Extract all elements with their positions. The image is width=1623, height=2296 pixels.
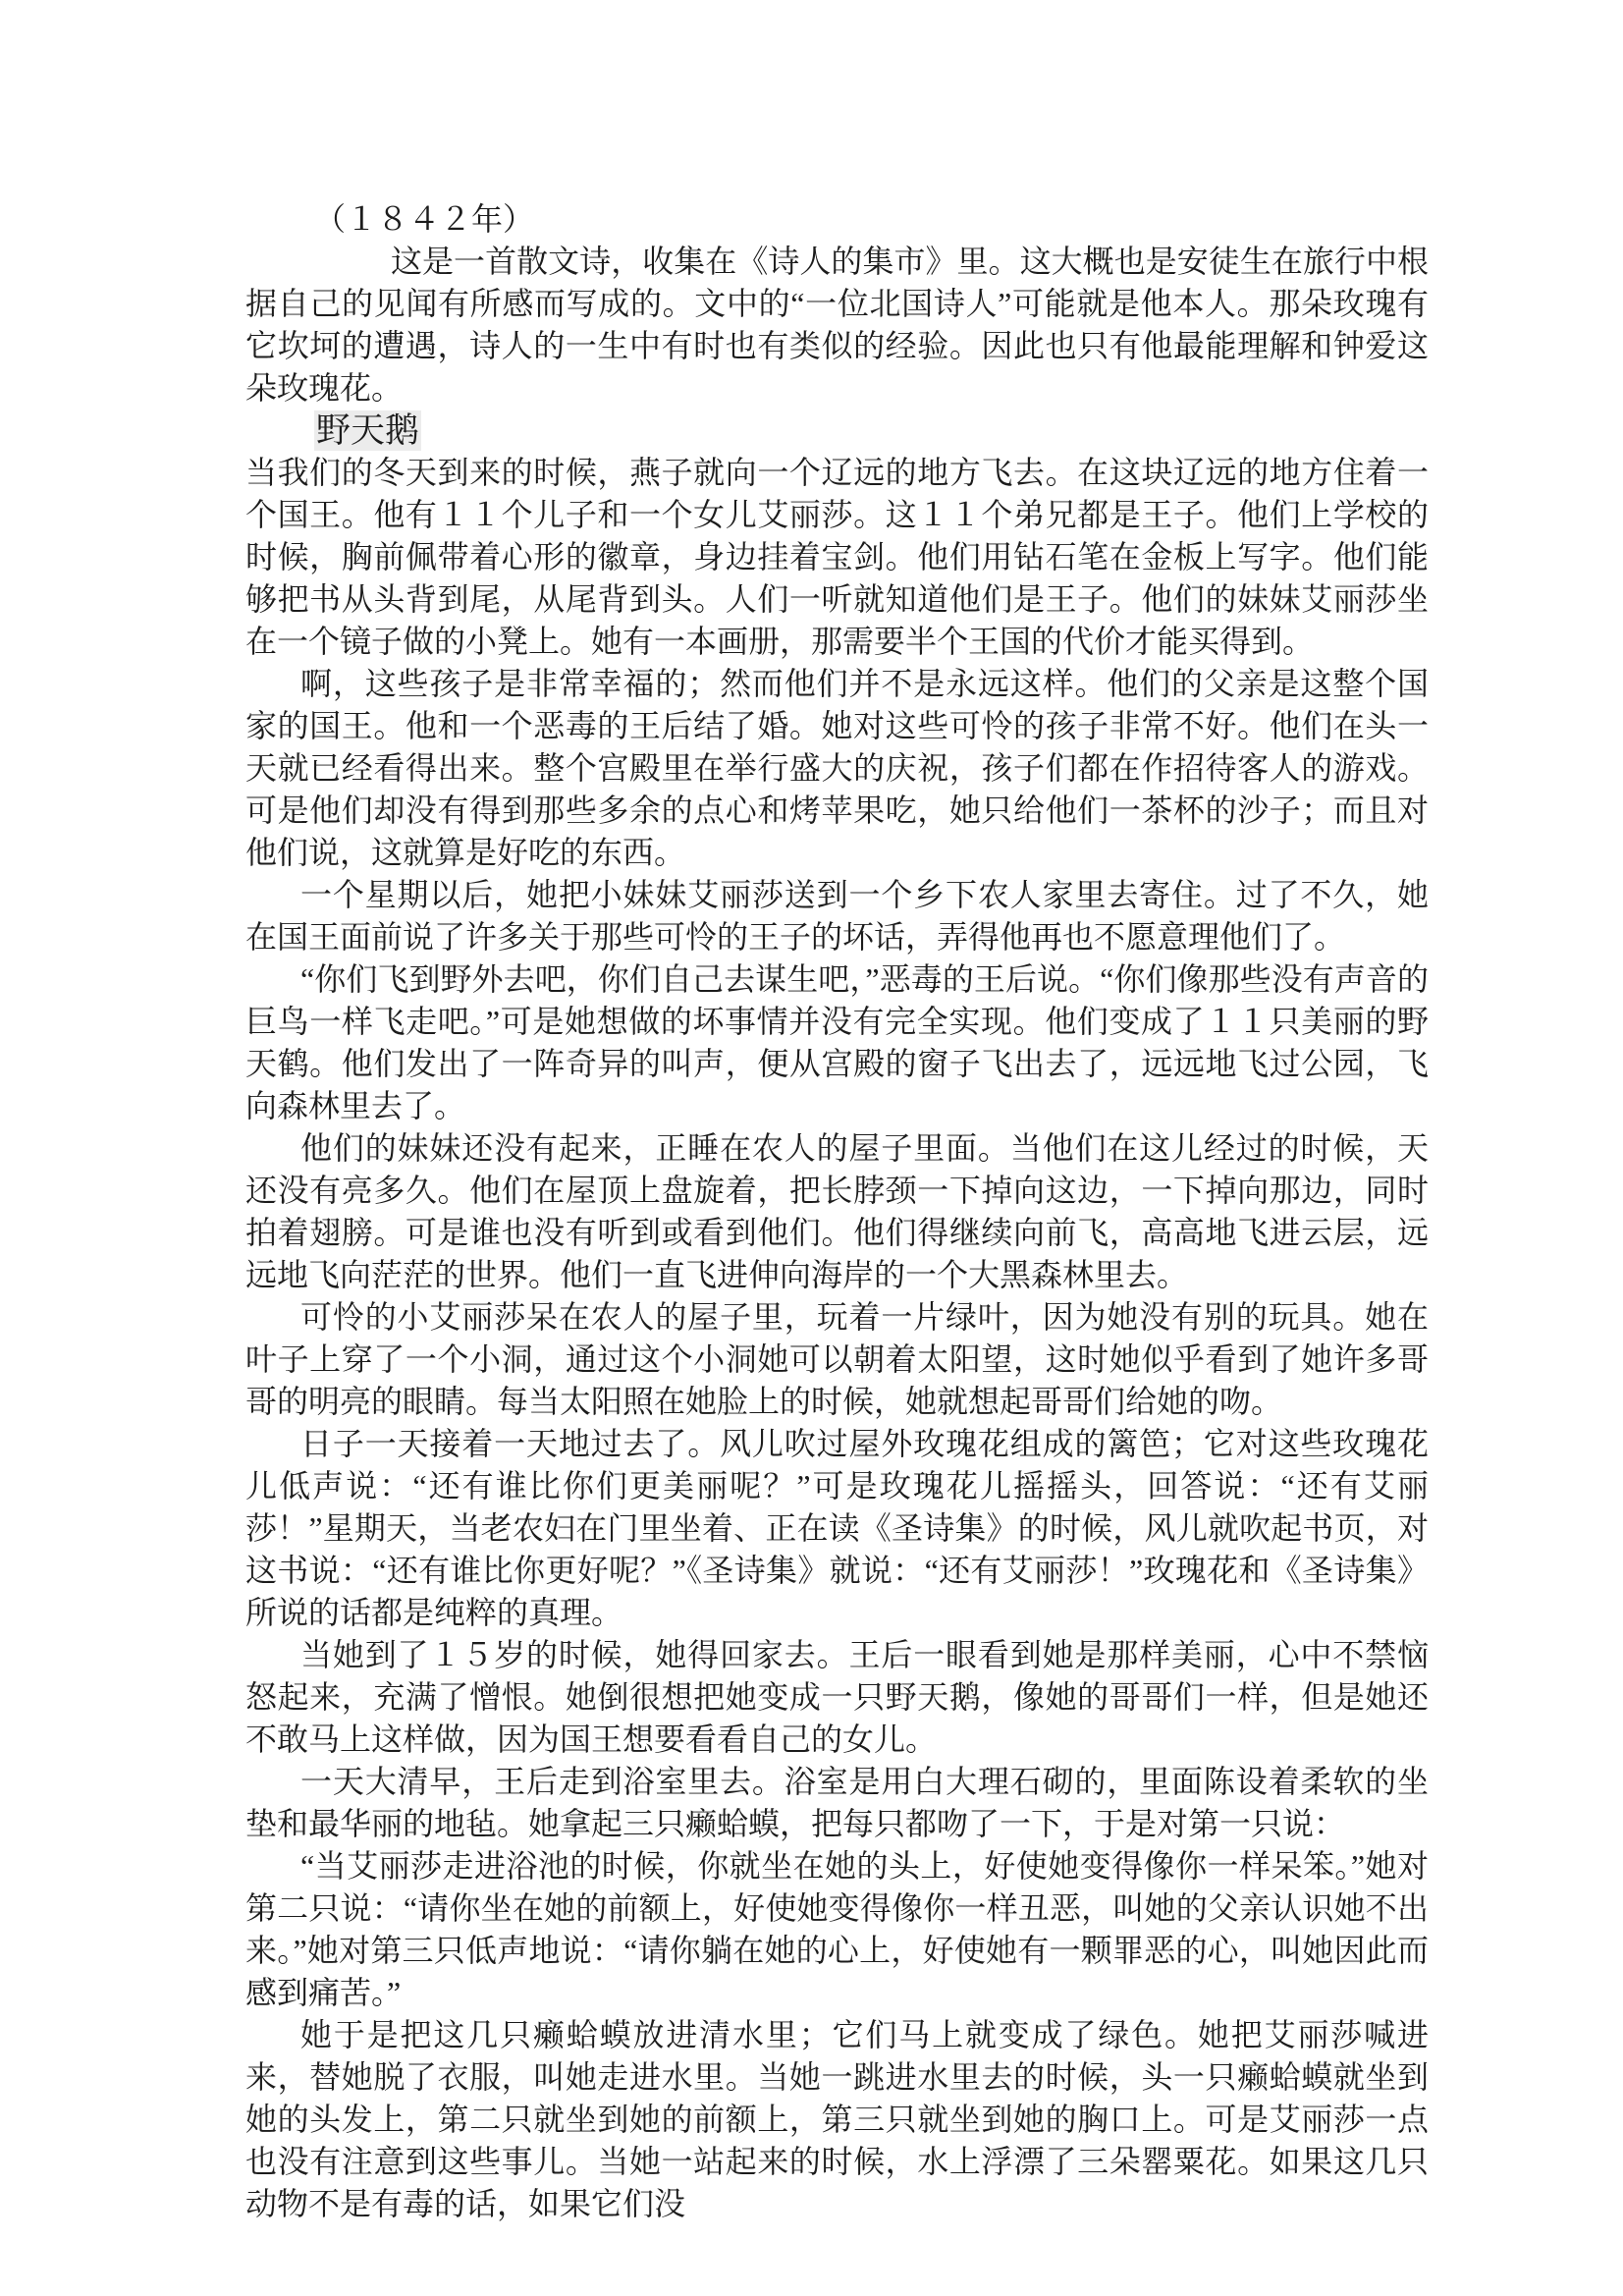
story-paragraph: “当艾丽莎走进浴池的时候，你就坐在她的头上，好使她变得像你一样呆笨。”她对第二只… bbox=[245, 1845, 1429, 2014]
story-paragraph: 一个星期以后，她把小妹妹艾丽莎送到一个乡下农人家里去寄住。过了不久，她在国王面前… bbox=[245, 874, 1429, 958]
story-paragraph: 当我们的冬天到来的时候，燕子就向一个辽远的地方飞去。在这块辽远的地方住着一个国王… bbox=[245, 452, 1429, 663]
story-paragraph: 啊，这些孩子是非常幸福的；然而他们并不是永远这样。他们的父亲是这整个国家的国王。… bbox=[245, 663, 1429, 874]
document-page: （１８４２年） 这是一首散文诗，收集在《诗人的集市》里。这大概也是安徒生在旅行中… bbox=[0, 0, 1623, 2296]
story-paragraph: 他们的妹妹还没有起来，正睡在农人的屋子里面。当他们在这儿经过的时候，天还没有亮多… bbox=[245, 1127, 1429, 1296]
story-paragraph: “你们飞到野外去吧，你们自己去谋生吧，”恶毒的王后说。“你们像那些没有声音的巨鸟… bbox=[245, 958, 1429, 1127]
year-line: （１８４２年） bbox=[245, 198, 1429, 241]
story-paragraph: 日子一天接着一天地过去了。风儿吹过屋外玫瑰花组成的篱笆；它对这些玫瑰花儿低声说：… bbox=[245, 1423, 1429, 1634]
story-paragraph: 她于是把这几只癞蛤蟆放进清水里；它们马上就变成了绿色。她把艾丽莎喊进来，替她脱了… bbox=[245, 2014, 1429, 2225]
intro-paragraph: 这是一首散文诗，收集在《诗人的集市》里。这大概也是安徒生在旅行中根据自己的见闻有… bbox=[245, 241, 1429, 410]
story-paragraph: 一天大清早，王后走到浴室里去。浴室是用白大理石砌的，里面陈设着柔软的坐垫和最华丽… bbox=[245, 1761, 1429, 1845]
story-title: 野天鹅 bbox=[245, 410, 1429, 452]
story-paragraph: 当她到了１５岁的时候，她得回家去。王后一眼看到她是那样美丽，心中不禁恼怒起来，充… bbox=[245, 1634, 1429, 1761]
story-title-text: 野天鹅 bbox=[314, 410, 421, 451]
story-paragraph: 可怜的小艾丽莎呆在农人的屋子里，玩着一片绿叶，因为她没有别的玩具。她在叶子上穿了… bbox=[245, 1296, 1429, 1423]
